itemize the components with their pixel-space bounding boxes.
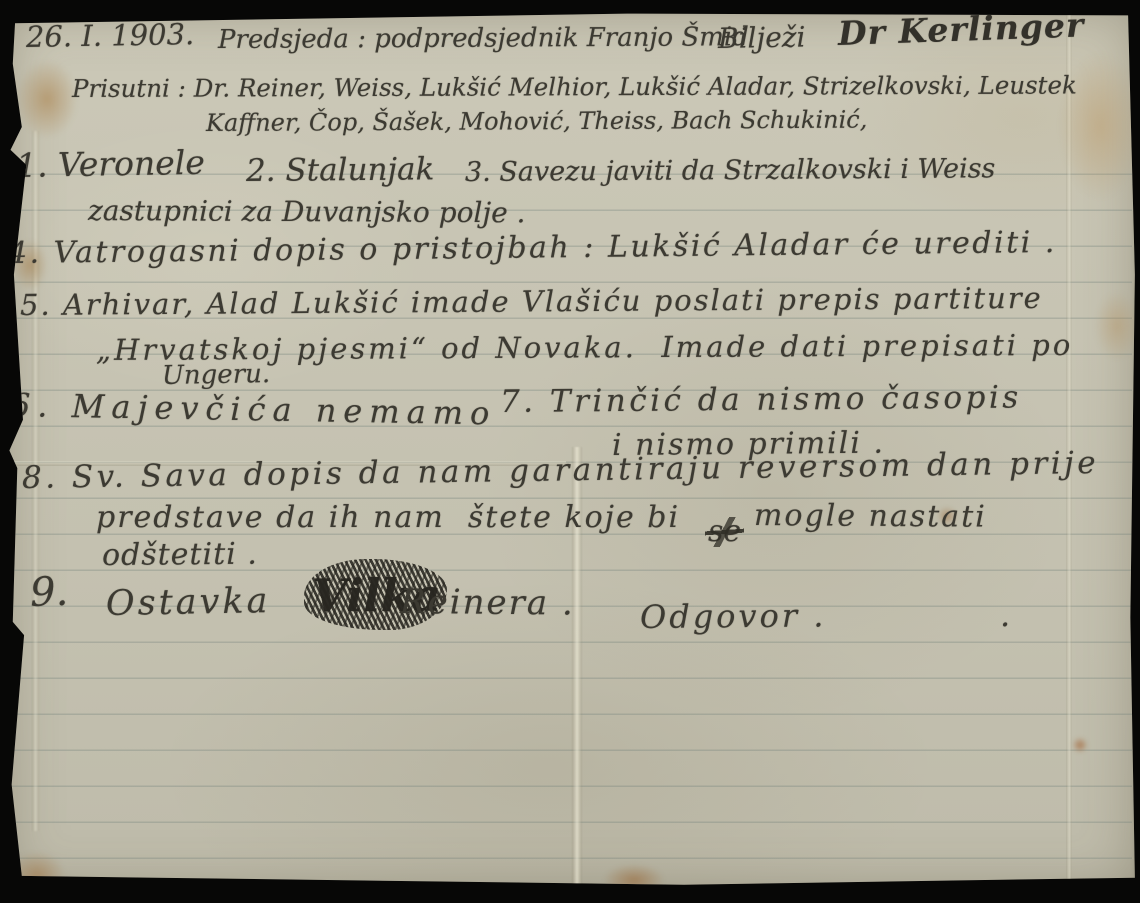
agenda-item-3-line-2: zastupnici za Duvanjsko polje . bbox=[88, 197, 526, 227]
recorder-label: Bilježi bbox=[718, 23, 806, 53]
agenda-item-4: 4. Vatrogasni dopis o pristojbah : Lukši… bbox=[8, 228, 1057, 269]
agenda-item-2: 2. Stalunjak bbox=[246, 154, 435, 187]
struck-word: se bbox=[708, 517, 741, 547]
agenda-item-8-line-2: predstave da ih nam štete koje bi bbox=[96, 503, 680, 533]
paper-stain bbox=[8, 851, 66, 899]
agenda-item-3-line-1: 3. Savezu javiti da Strzalkovski i Weiss bbox=[465, 155, 996, 186]
agenda-item-7-line-1: 7. Trinčić da nismo časopis bbox=[500, 382, 1022, 418]
agenda-item-9-text: Ostavka bbox=[106, 584, 271, 622]
scan-background: 26. I. 1903. Predsjeda : podpredsjednik … bbox=[0, 0, 1140, 903]
agenda-item-1: 1. Veronele bbox=[16, 146, 205, 182]
paper-stain bbox=[602, 863, 666, 897]
document-page: 26. I. 1903. Predsjeda : podpredsjednik … bbox=[6, 11, 1136, 890]
agenda-item-9-answer: Odgovor . bbox=[640, 599, 827, 633]
paper-stain bbox=[1094, 291, 1140, 361]
agenda-item-9-number: 9. bbox=[29, 572, 69, 613]
attendees-line-2: Kaffner, Čop, Šašek, Mohović, Theiss, Ba… bbox=[206, 108, 867, 135]
agenda-item-9-name: Reinera . bbox=[400, 585, 575, 621]
presiding-note: Predsjeda : podpredsjednik Franjo Šmid bbox=[218, 24, 749, 53]
agenda-item-5-line-3: Ungeru. bbox=[162, 361, 271, 389]
recorder-signature: Dr Kerlinger bbox=[837, 8, 1084, 50]
period-mark: . bbox=[1000, 599, 1010, 631]
agenda-item-6: 6. Majevčića nemamo bbox=[10, 389, 497, 429]
attendees-line-1: Prisutni : Dr. Reiner, Weiss, Lukšić Mel… bbox=[72, 73, 1077, 101]
agenda-item-8-line-2-end: mogle nastati bbox=[754, 501, 987, 533]
paper-stain bbox=[1072, 737, 1088, 753]
meeting-date: 26. I. 1903. bbox=[26, 20, 195, 52]
paper-stain bbox=[16, 59, 78, 139]
agenda-item-8-line-1: 8. Sv. Sava dopis da nam garantiraju rev… bbox=[22, 448, 1100, 494]
agenda-item-8-line-3: odštetiti . bbox=[102, 540, 258, 571]
agenda-item-5-line-1: 5. Arhivar, Alad Lukšić imade Vlašiću po… bbox=[20, 284, 1043, 320]
